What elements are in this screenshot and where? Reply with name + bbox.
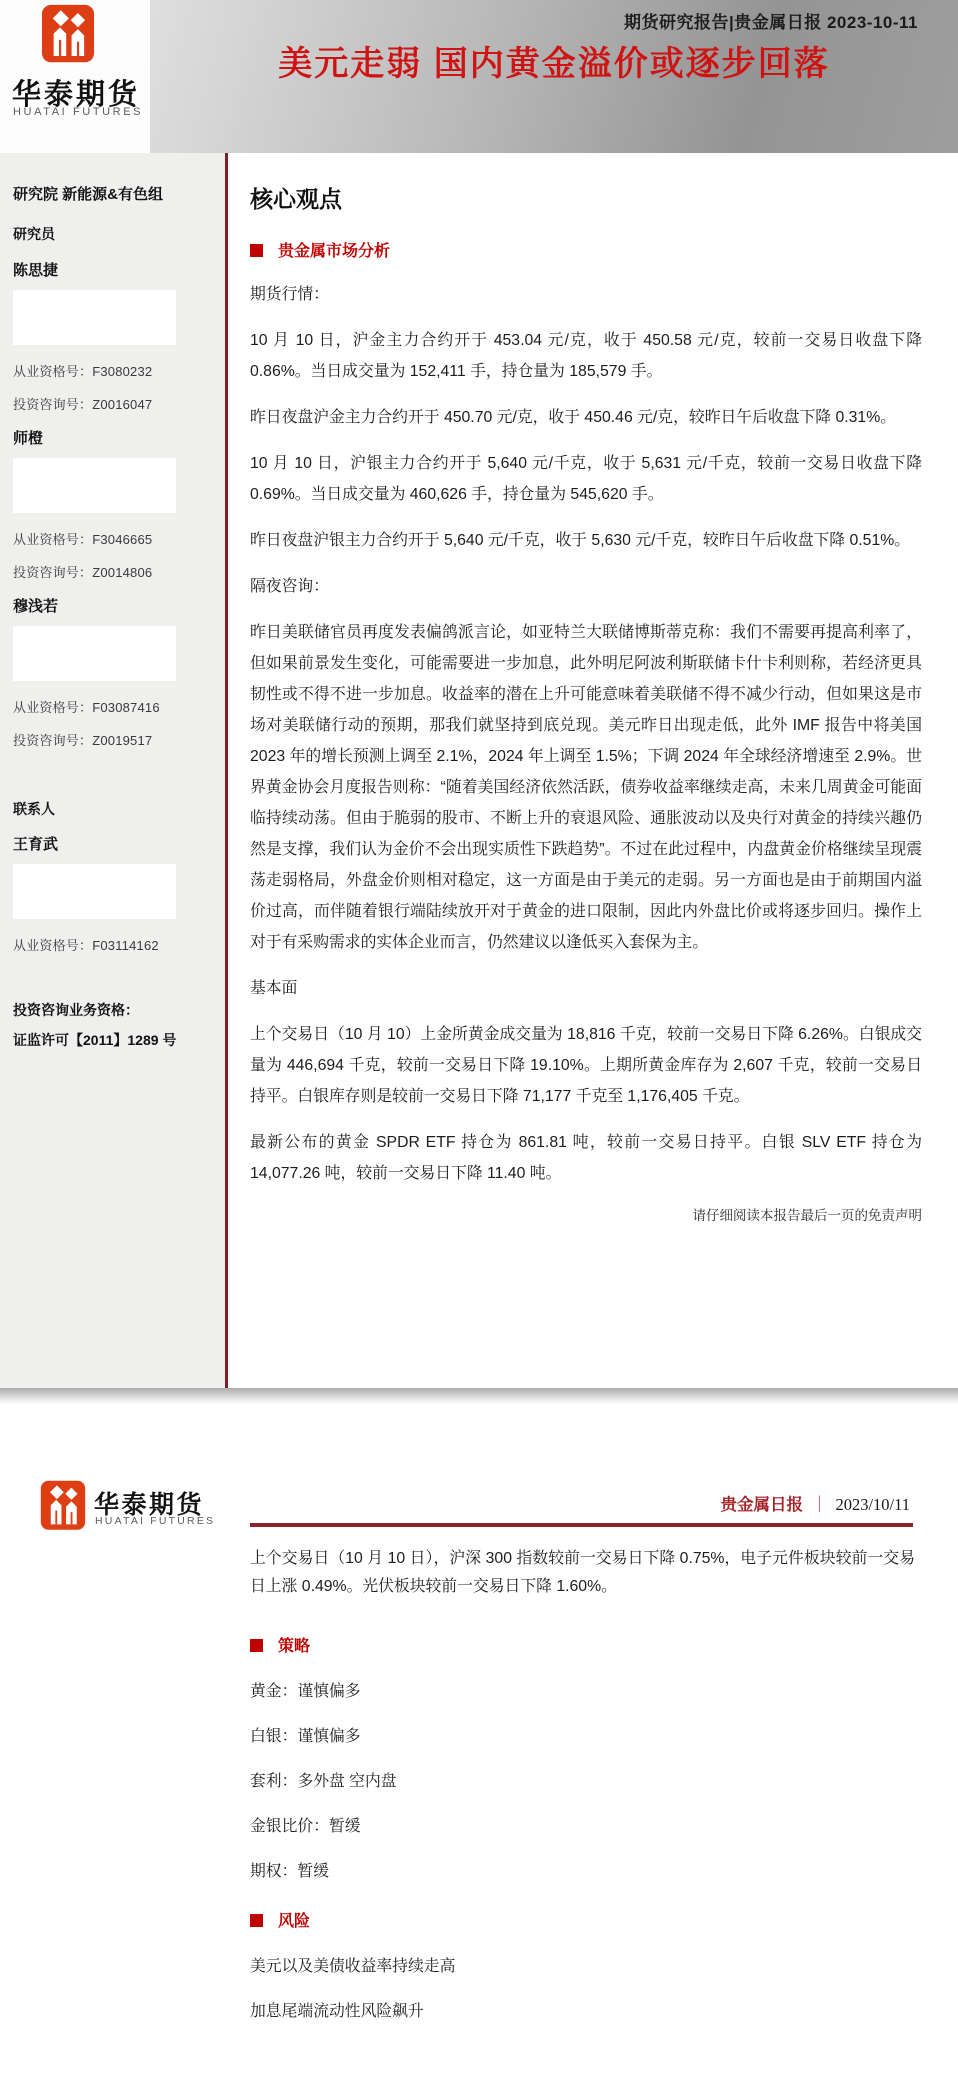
section-heading-market-analysis: 贵金属市场分析: [250, 238, 922, 261]
license-label: 投资咨询业务资格：: [13, 998, 213, 1022]
analyst-name: 陈思捷: [13, 259, 213, 280]
redacted-contact-box: [13, 626, 176, 681]
huatai-logo-box: 华泰期货 HUATAI FUTURES: [0, 0, 150, 153]
red-square-bullet-icon: [250, 1639, 263, 1652]
strategy-heading-label: 策略: [278, 1638, 310, 1655]
logo-name-en: HUATAI FUTURES: [13, 106, 143, 118]
paragraph-gold-day: 10 月 10 日，沪金主力合约开于 453.04 元/克，收于 450.58 …: [250, 325, 922, 387]
redacted-contact-box: [13, 458, 176, 513]
report-type-tag: 期货研究报告|贵金属日报 2023-10-11: [624, 8, 918, 33]
divider-bar: ｜: [803, 1495, 836, 1514]
strategy-item-ratio: 金银比价：暂缓: [250, 1813, 915, 1831]
paragraph-equity-market: 上个交易日（10 月 10 日），沪深 300 指数较前一交易日下降 0.75%…: [250, 1545, 915, 1601]
section-heading-label: 贵金属市场分析: [278, 243, 390, 260]
qualification-number: 从业资格号：F03087416: [13, 697, 213, 716]
contact-name: 王育武: [13, 833, 213, 854]
qualification-number: 从业资格号：F03114162: [13, 935, 213, 954]
huatai-logo-icon: [40, 1480, 86, 1532]
paragraph-overnight-analysis: 昨日美联储官员再度发表偏鸽派言论，如亚特兰大联储博斯蒂克称：我们不需要再提高利率…: [250, 617, 922, 958]
paragraph-etf-holdings: 最新公布的黄金 SPDR ETF 持仓为 861.81 吨，较前一交易日持平。白…: [250, 1127, 922, 1189]
qualification-number: 从业资格号：F3080232: [13, 361, 213, 380]
core-view-heading: 核心观点: [250, 181, 922, 214]
page-separator-band: [0, 1388, 958, 1405]
page2: 华泰期货 HUATAI FUTURES 贵金属日报｜2023/10/11 上个交…: [0, 1405, 958, 2086]
advisory-number: 投资咨询号：Z0016047: [13, 394, 213, 413]
report-title: 美元走弱 国内黄金溢价或逐步回落: [150, 36, 958, 85]
page2-content: 上个交易日（10 月 10 日），沪深 300 指数较前一交易日下降 0.75%…: [250, 1545, 915, 2016]
contact-label: 联系人: [13, 799, 213, 819]
paragraph-silver-night: 昨日夜盘沪银主力合约开于 5,640 元/千克，收于 5,630 元/千克，较昨…: [250, 525, 922, 556]
paragraph-gold-night: 昨日夜盘沪金主力合约开于 450.70 元/克，收于 450.46 元/克，较昨…: [250, 402, 922, 433]
risk-item-usd-yields: 美元以及美债收益率持续走高: [250, 1953, 915, 1971]
logo-name-en: HUATAI FUTURES: [95, 1515, 215, 1527]
research-report-page: 华泰期货 HUATAI FUTURES 期货研究报告|贵金属日报 2023-10…: [0, 0, 958, 2086]
fundamentals-label: 基本面: [250, 973, 922, 1004]
futures-quotes-label: 期货行情：: [250, 279, 922, 310]
page1-header-band: 华泰期货 HUATAI FUTURES 期货研究报告|贵金属日报 2023-10…: [0, 0, 958, 153]
analyst-name: 穆浅若: [13, 595, 213, 616]
report-date: 2023/10/11: [835, 1495, 910, 1514]
risk-item-liquidity: 加息尾端流动性风险飙升: [250, 1998, 915, 2016]
section-heading-strategy: 策略: [250, 1633, 915, 1651]
advisory-number: 投资咨询号：Z0014806: [13, 562, 213, 581]
qualification-number: 从业资格号：F3046665: [13, 529, 213, 548]
analyst-name: 师橙: [13, 427, 213, 448]
strategy-item-silver: 白银：谨慎偏多: [250, 1723, 915, 1741]
license-number: 证监许可【2011】1289 号: [13, 1028, 213, 1052]
red-square-bullet-icon: [250, 1914, 263, 1927]
overnight-news-label: 隔夜咨询：: [250, 571, 922, 602]
page2-report-tag: 贵金属日报｜2023/10/11: [720, 1491, 910, 1515]
core-view-section: 核心观点 贵金属市场分析 期货行情： 10 月 10 日，沪金主力合约开于 45…: [228, 153, 958, 1224]
red-square-bullet-icon: [250, 244, 263, 257]
redacted-contact-box: [13, 290, 176, 345]
strategy-item-gold: 黄金：谨慎偏多: [250, 1678, 915, 1696]
risk-heading-label: 风险: [278, 1913, 310, 1930]
section-heading-risk: 风险: [250, 1908, 915, 1926]
disclaimer-note: 请仔细阅读本报告最后一页的免责声明: [250, 1204, 922, 1224]
paragraph-fundamentals-volume: 上个交易日（10 月 10）上金所黄金成交量为 18,816 千克，较前一交易日…: [250, 1019, 922, 1112]
report-name: 贵金属日报: [720, 1495, 803, 1514]
advisory-number: 投资咨询号：Z0019517: [13, 730, 213, 749]
department-label: 研究院 新能源&有色组: [13, 183, 213, 204]
analyst-sidebar: 研究院 新能源&有色组 研究员 陈思捷 从业资格号：F3080232 投资咨询号…: [0, 153, 228, 1388]
strategy-item-options: 期权：暂缓: [250, 1858, 915, 1876]
role-label: 研究员: [13, 224, 213, 244]
huatai-logo-icon: [41, 4, 95, 65]
redacted-contact-box: [13, 864, 176, 919]
strategy-item-arbitrage: 套利：多外盘 空内盘: [250, 1768, 915, 1786]
header-rule-line: [250, 1523, 913, 1527]
paragraph-silver-day: 10 月 10 日，沪银主力合约开于 5,640 元/千克，收于 5,631 元…: [250, 448, 922, 510]
